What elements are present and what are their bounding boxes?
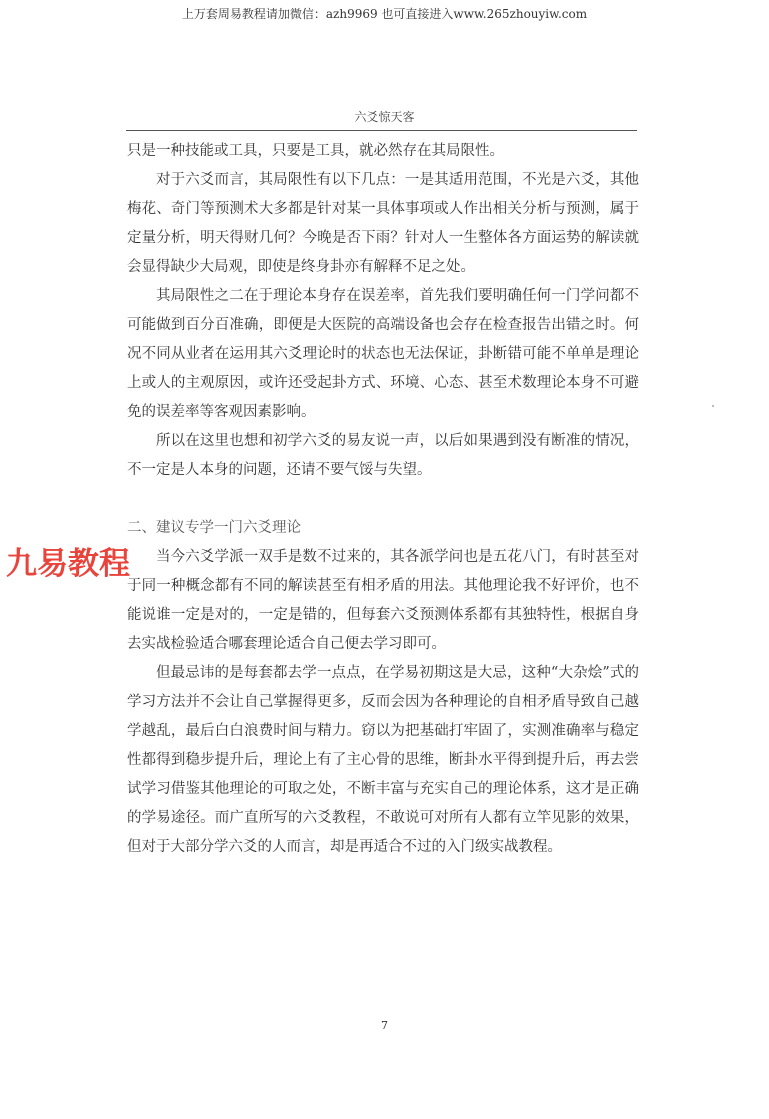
paragraph: 对于六爻而言，其局限性有以下几点：一是其适用范围，不光是六爻，其他梅花、奇门等预… bbox=[127, 166, 639, 282]
page-body: 只是一种技能或工具，只要是工具，就必然存在其局限性。 对于六爻而言，其局限性有以… bbox=[127, 137, 639, 862]
paragraph: 所以在这里也想和初学六爻的易友说一声，以后如果遇到没有断准的情况，不一定是人本身… bbox=[127, 427, 639, 485]
page-number: 7 bbox=[0, 1019, 769, 1032]
paragraph: 但最忌讳的是每套都去学一点点，在学易初期这是大忌，这种“大杂烩”式的学习方法并不… bbox=[127, 659, 639, 862]
header-rule bbox=[126, 130, 637, 131]
watermark-logo: 九易教程 bbox=[6, 538, 130, 583]
scan-speck bbox=[712, 405, 714, 407]
running-head-title: 六爻惊天客 bbox=[0, 108, 769, 125]
spacer bbox=[127, 485, 639, 514]
top-banner: 上万套周易教程请加微信：azh9969 也可直接进入www.265zhouyiw… bbox=[0, 5, 769, 22]
section-heading: 二、建议专学一门六爻理论 bbox=[127, 514, 639, 543]
paragraph-continuation: 只是一种技能或工具，只要是工具，就必然存在其局限性。 bbox=[127, 137, 639, 166]
paragraph: 其局限性之二在于理论本身存在误差率，首先我们要明确任何一门学问都不可能做到百分百… bbox=[127, 282, 639, 427]
paragraph: 当今六爻学派一双手是数不过来的，其各派学问也是五花八门，有时甚至对于同一种概念都… bbox=[127, 543, 639, 659]
